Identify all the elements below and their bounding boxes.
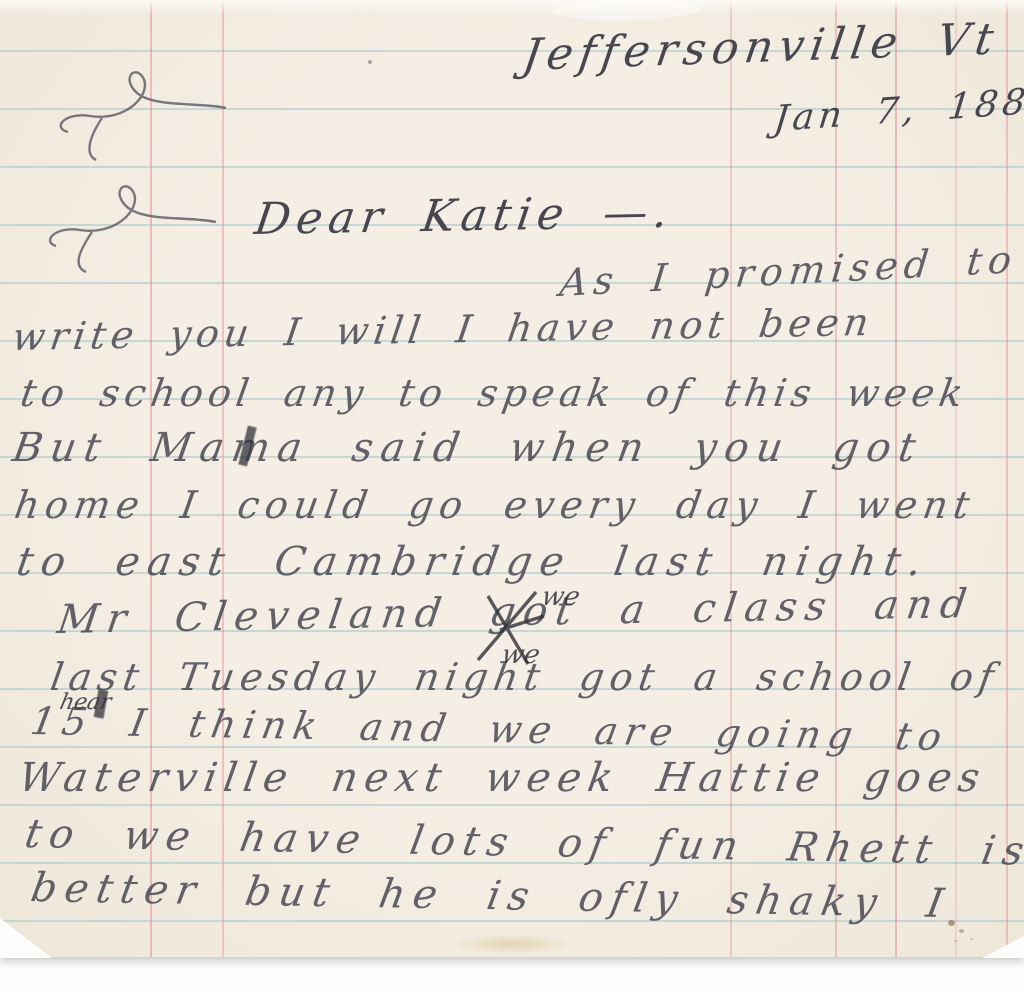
pen-flourish-icon — [42, 172, 242, 282]
pen-flourish-icon — [50, 62, 250, 172]
letter-place: Jeffersonville Vt — [520, 18, 1002, 78]
letter-line: better but he is ofly shaky I — [28, 868, 954, 924]
paper-crease — [552, 0, 702, 21]
paper-speck — [948, 920, 955, 926]
letter-line: write you I will I have not been — [10, 303, 876, 356]
paper-stain — [452, 934, 572, 954]
letter-line: to east Cambridge last night. — [14, 542, 932, 582]
margin-line — [955, 0, 957, 957]
paper-corner-cut — [0, 918, 52, 958]
letter-line: to school any to speak of this week — [18, 374, 971, 412]
paper-corner-cut — [982, 936, 1024, 958]
letter-line: home I could go every day I went — [12, 486, 978, 524]
margin-line — [730, 0, 732, 957]
letter-line: 15 I think and we are going to — [28, 702, 951, 756]
margin-line — [1006, 0, 1008, 957]
paper-top-edge — [0, 0, 1024, 14]
letter-line: But Mama said when you got — [10, 428, 926, 468]
scanned-letter-page: { "letter": { "place_line": "Jeffersonvi… — [0, 0, 1024, 994]
paper-speck — [368, 60, 372, 64]
margin-line — [835, 0, 837, 957]
ruled-letter-paper: Jeffersonville Vt Jan 7, 1887 Dear Katie… — [0, 0, 1024, 957]
margin-line — [895, 0, 897, 957]
overwrite-scribble — [470, 586, 552, 672]
letter-line: Waterville next week Hattie goes — [16, 758, 989, 798]
letter-line: to we have lots of fun Rhett is — [22, 814, 1024, 872]
letter-line: As I promised to — [558, 240, 1019, 302]
letter-salutation: Dear Katie —. — [252, 191, 677, 242]
letter-date: Jan 7, 1887 — [772, 83, 1024, 138]
